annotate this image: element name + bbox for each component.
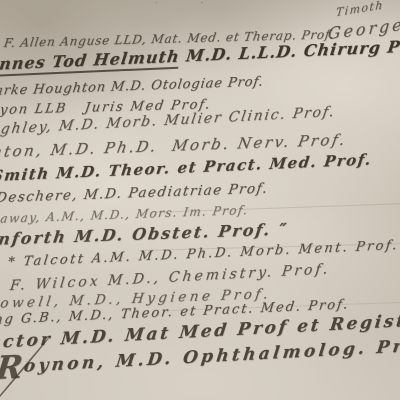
corner-name-line-1: Timoth <box>335 0 384 19</box>
underlined-name: annes Tod Helmuth <box>0 47 181 78</box>
manuscript-page: '' . ''' '' . Timoth George F. Allen Ang… <box>0 0 400 400</box>
top-edge-fragment: '' . ''' '' . <box>140 0 206 5</box>
signature-line: larke Houghton M.D. Otologiae Prof. <box>0 74 265 99</box>
signature-line: Deschere, M.D. Paediatriae Prof. <box>0 180 270 206</box>
